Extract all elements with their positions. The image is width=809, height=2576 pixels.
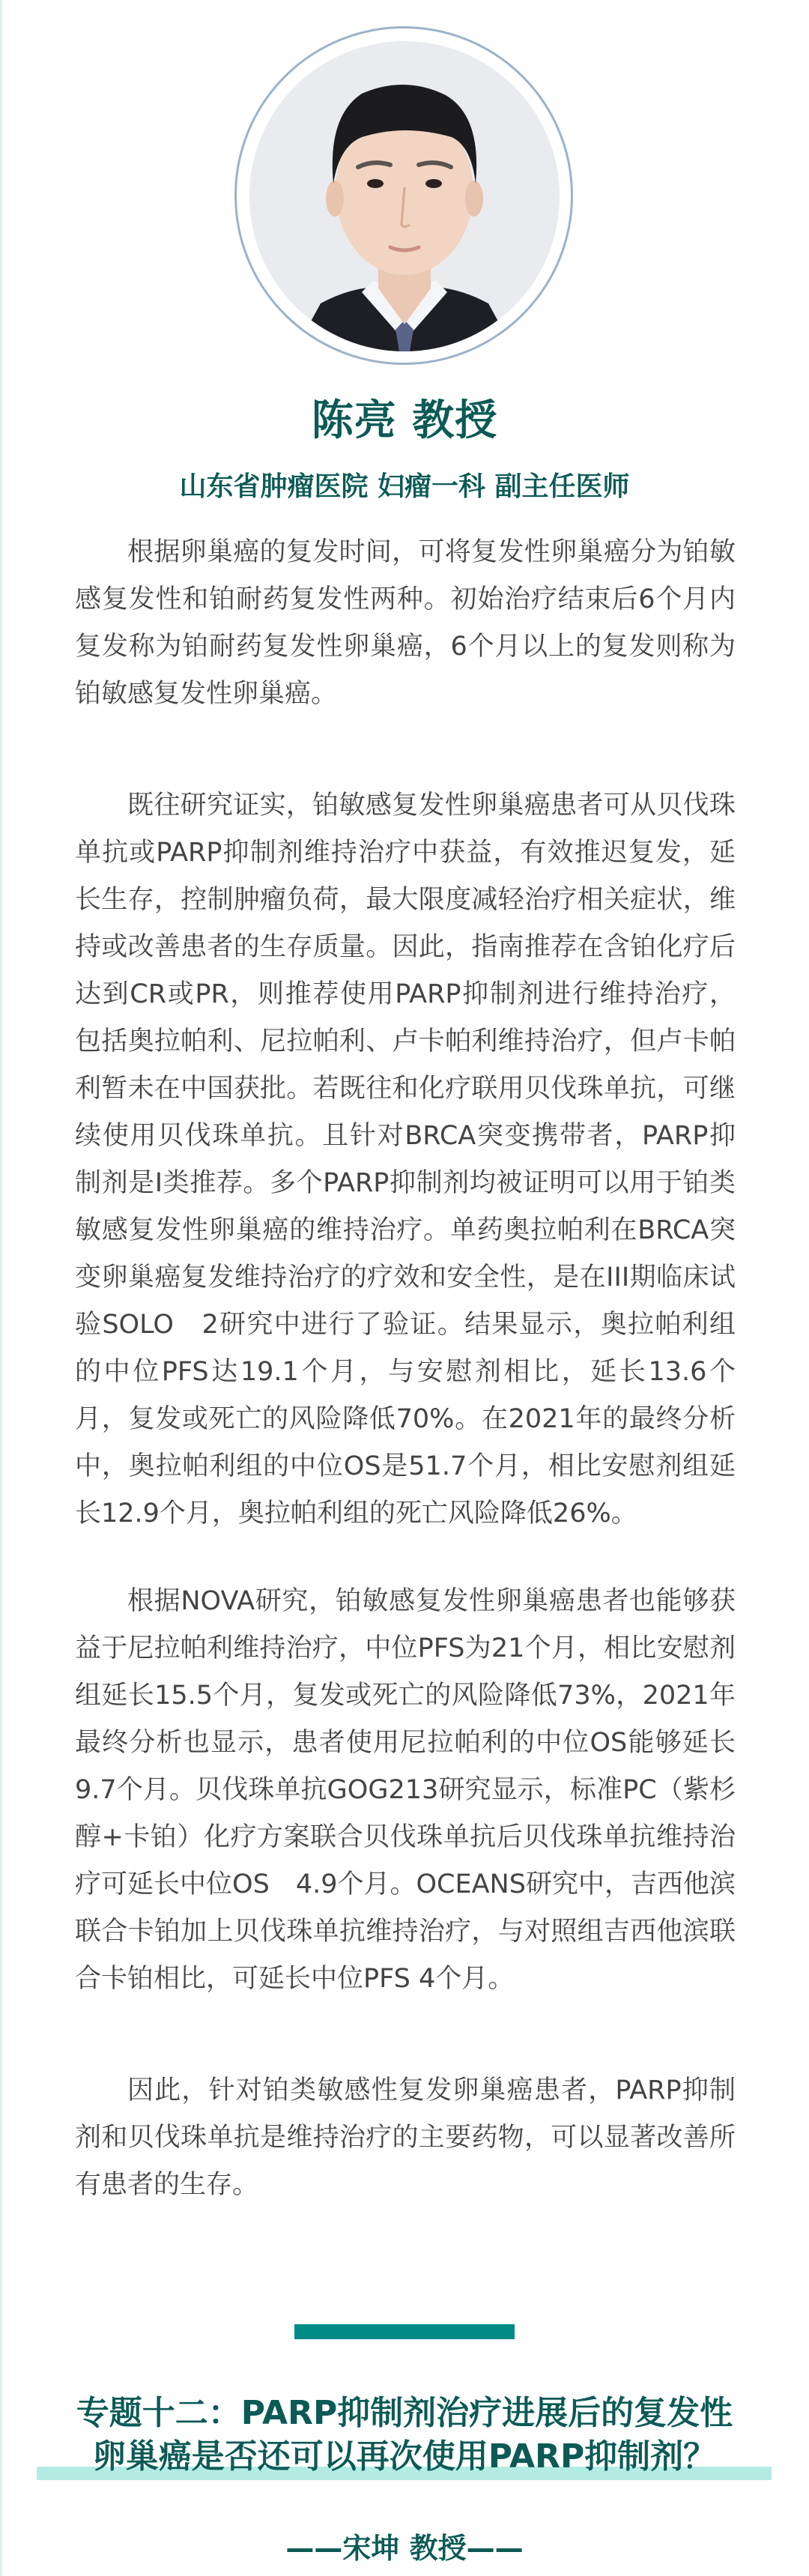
section-heading-line-1: 专题十二：PARP抑制剂治疗进展后的复发性 <box>0 2392 809 2435</box>
section-heading-line-2: 卵巢癌是否还可以再次使用PARP抑制剂？ <box>0 2435 809 2479</box>
portrait-photo-icon <box>249 41 560 351</box>
article-paragraph-3: 根据NOVA研究，铂敏感复发性卵巢癌患者也能够获益于尼拉帕利维持治疗，中位PFS… <box>75 1578 736 2003</box>
page-edge-line <box>0 0 2 2576</box>
section-divider-bar <box>294 2324 515 2339</box>
doctor-affiliation: 山东省肿瘤医院 妇瘤一科 副主任医师 <box>0 466 809 508</box>
doctor-name: 陈亮 教授 <box>0 391 809 451</box>
avatar <box>249 41 560 351</box>
section-author: ——宋坤 教授—— <box>0 2530 809 2567</box>
article-paragraph-2: 既往研究证实，铂敏感复发性卵巢癌患者可从贝伐珠单抗或PARP抑制剂维持治疗中获益… <box>75 782 736 1538</box>
paragraph-text: 既往研究证实，铂敏感复发性卵巢癌患者可从贝伐珠单抗或PARP抑制剂维持治疗中获益… <box>75 782 736 1538</box>
article-paragraph-4: 因此，针对铂类敏感性复发卵巢癌患者，PARP抑制剂和贝伐珠单抗是维持治疗的主要药… <box>75 2067 736 2209</box>
paragraph-text: 根据卵巢癌的复发时间，可将复发性卵巢癌分为铂敏感复发性和铂耐药复发性两种。初始治… <box>75 529 736 718</box>
paragraph-text: 因此，针对铂类敏感性复发卵巢癌患者，PARP抑制剂和贝伐珠单抗是维持治疗的主要药… <box>75 2067 736 2209</box>
article-paragraph-1: 根据卵巢癌的复发时间，可将复发性卵巢癌分为铂敏感复发性和铂耐药复发性两种。初始治… <box>75 529 736 718</box>
paragraph-text: 根据NOVA研究，铂敏感复发性卵巢癌患者也能够获益于尼拉帕利维持治疗，中位PFS… <box>75 1578 736 2003</box>
section-heading: 专题十二：PARP抑制剂治疗进展后的复发性 卵巢癌是否还可以再次使用PARP抑制… <box>0 2392 809 2479</box>
